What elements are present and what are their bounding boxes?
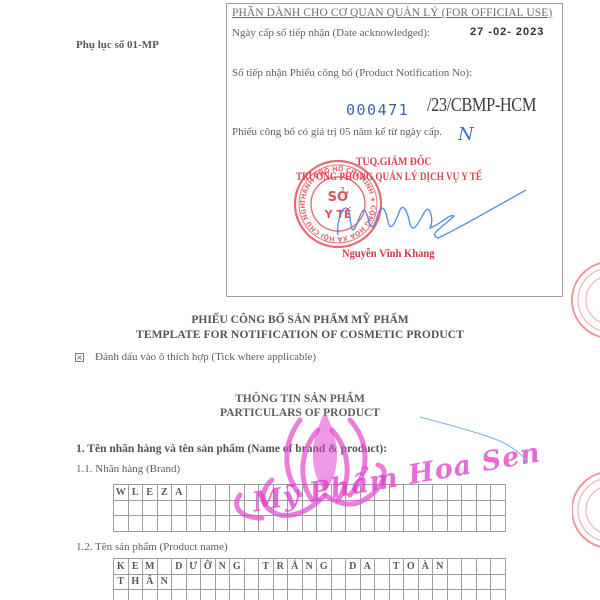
date-acknowledged-label: Ngày cấp số tiếp nhận (Date acknowledged…: [232, 27, 430, 39]
grid-cell: [230, 500, 245, 516]
grid-cell: N: [215, 559, 230, 575]
grid-cell: [447, 559, 462, 575]
grid-cell: [215, 590, 230, 600]
grid-cell: [201, 516, 216, 532]
grid-cell: [418, 500, 433, 516]
partial-seal-icon: [572, 465, 600, 555]
initials-signature: N: [458, 124, 474, 145]
grid-cell: M: [143, 559, 158, 575]
grid-cell: [230, 574, 245, 590]
grid-cell: [462, 574, 477, 590]
grid-cell: T: [389, 559, 404, 575]
grid-cell: [157, 590, 172, 600]
validity-text: Phiếu công bố có giá trị 05 năm kể từ ng…: [232, 126, 442, 138]
grid-cell: [447, 574, 462, 590]
grid-cell: T: [114, 574, 129, 590]
grid-cell: A: [360, 559, 375, 575]
grid-cell: [186, 500, 201, 516]
grid-cell: [288, 574, 303, 590]
grid-cell: N: [157, 574, 172, 590]
grid-cell: [302, 574, 317, 590]
grid-cell: [201, 590, 216, 600]
grid-cell: [157, 516, 172, 532]
grid-cell: [476, 485, 491, 501]
grid-cell: [418, 516, 433, 532]
grid-cell: D: [172, 559, 187, 575]
grid-cell: W: [114, 485, 129, 501]
grid-cell: [317, 516, 332, 532]
grid-cell: [491, 516, 506, 532]
grid-cell: [447, 485, 462, 501]
grid-cell: [172, 574, 187, 590]
grid-cell: [433, 590, 448, 600]
grid-cell: [215, 500, 230, 516]
grid-cell: [389, 574, 404, 590]
grid-cell: [143, 500, 158, 516]
grid-cell: [288, 516, 303, 532]
grid-cell: Z: [157, 485, 172, 501]
grid-cell: [244, 590, 259, 600]
grid-cell: [259, 574, 274, 590]
pen-stroke-icon: [420, 415, 530, 465]
grid-cell: [433, 574, 448, 590]
grid-cell: [462, 485, 477, 501]
question-1-heading: 1. Tên nhãn hàng và tên sản phẩm (Name o…: [76, 443, 387, 455]
grid-cell: [433, 500, 448, 516]
grid-cell: N: [302, 559, 317, 575]
grid-cell: [215, 516, 230, 532]
grid-cell: [462, 500, 477, 516]
signatory-name: Nguyễn Vĩnh Khang: [342, 246, 435, 261]
grid-cell: [462, 516, 477, 532]
grid-cell: [317, 574, 332, 590]
grid-cell: L: [128, 485, 143, 501]
grid-cell: [404, 500, 419, 516]
grid-cell: R: [273, 559, 288, 575]
grid-cell: [114, 516, 129, 532]
grid-cell: [404, 574, 419, 590]
grid-cell: [462, 590, 477, 600]
grid-cell: [433, 516, 448, 532]
grid-cell: [418, 574, 433, 590]
grid-cell: [375, 516, 390, 532]
grid-cell: [143, 590, 158, 600]
grid-cell: Ắ: [288, 559, 303, 575]
grid-cell: [215, 574, 230, 590]
grid-cell: [230, 516, 245, 532]
grid-cell: Â: [143, 574, 158, 590]
grid-cell: [491, 559, 506, 575]
grid-cell: [360, 500, 375, 516]
grid-cell: [476, 574, 491, 590]
grid-cell: [491, 574, 506, 590]
grid-cell: E: [143, 485, 158, 501]
grid-cell: T: [259, 559, 274, 575]
grid-cell: [201, 500, 216, 516]
grid-cell: [172, 590, 187, 600]
grid-cell: [360, 574, 375, 590]
grid-cell: [259, 516, 274, 532]
grid-cell: [346, 574, 361, 590]
grid-cell: [128, 516, 143, 532]
grid-cell: [375, 559, 390, 575]
grid-cell: [114, 590, 129, 600]
grid-cell: N: [433, 559, 448, 575]
grid-cell: [404, 590, 419, 600]
grid-cell: G: [317, 559, 332, 575]
grid-cell: [273, 516, 288, 532]
notification-no-number: 000471: [346, 101, 409, 119]
grid-row: THÂN: [114, 574, 506, 590]
grid-cell: [360, 516, 375, 532]
grid-cell: E: [128, 559, 143, 575]
grid-cell: [186, 590, 201, 600]
grid-cell: [491, 590, 506, 600]
grid-cell: [447, 590, 462, 600]
grid-cell: [128, 590, 143, 600]
form-title-en: TEMPLATE FOR NOTIFICATION OF COSMETIC PR…: [0, 329, 600, 341]
grid-cell: [215, 485, 230, 501]
grid-cell: [186, 574, 201, 590]
grid-cell: [447, 500, 462, 516]
grid-cell: [331, 516, 346, 532]
grid-cell: [375, 500, 390, 516]
handwritten-signature-icon: [330, 180, 530, 250]
grid-cell: [389, 500, 404, 516]
grid-cell: [201, 574, 216, 590]
grid-cell: [157, 500, 172, 516]
date-acknowledged-value: 27 -02- 2023: [470, 26, 544, 38]
grid-cell: À: [418, 559, 433, 575]
grid-cell: [360, 590, 375, 600]
grid-cell: [273, 590, 288, 600]
product-name-grid: KEMDƯỠNGTRẮNGDATOÀNTHÂN: [113, 558, 506, 600]
grid-cell: [128, 500, 143, 516]
official-use-title: PHẦN DÀNH CHO CƠ QUAN QUẢN LÝ (FOR OFFIC…: [232, 7, 552, 19]
grid-cell: [476, 516, 491, 532]
grid-cell: [172, 516, 187, 532]
grid-cell: [462, 559, 477, 575]
grid-cell: O: [404, 559, 419, 575]
grid-cell: [302, 516, 317, 532]
grid-cell: [201, 485, 216, 501]
grid-cell: [346, 516, 361, 532]
grid-cell: [186, 516, 201, 532]
grid-cell: [375, 590, 390, 600]
grid-cell: [476, 500, 491, 516]
grid-cell: [259, 590, 274, 600]
grid-cell: [404, 516, 419, 532]
grid-cell: Ỡ: [201, 559, 216, 575]
grid-cell: [157, 559, 172, 575]
grid-cell: [230, 485, 245, 501]
grid-cell: [230, 590, 245, 600]
grid-cell: [491, 485, 506, 501]
grid-cell: K: [114, 559, 129, 575]
grid-cell: [491, 500, 506, 516]
grid-cell: [143, 516, 158, 532]
section-title-vi: THÔNG TIN SẢN PHẨM: [0, 393, 600, 405]
grid-cell: A: [172, 485, 187, 501]
grid-cell: [418, 590, 433, 600]
tick-instruction: Đánh dấu vào ô thích hợp (Tick where app…: [95, 351, 316, 363]
notification-no-suffix: /23/CBMP-HCM: [427, 94, 536, 117]
grid-cell: [331, 559, 346, 575]
grid-cell: [375, 574, 390, 590]
grid-cell: [476, 590, 491, 600]
grid-cell: [331, 590, 346, 600]
notification-no-label: Số tiếp nhận Phiếu công bố (Product Noti…: [232, 67, 472, 79]
grid-cell: H: [128, 574, 143, 590]
grid-cell: [172, 500, 187, 516]
grid-row: KEMDƯỠNGTRẮNGDATOÀN: [114, 559, 506, 575]
grid-cell: [389, 516, 404, 532]
grid-cell: [302, 590, 317, 600]
grid-cell: [317, 590, 332, 600]
grid-cell: [114, 500, 129, 516]
grid-cell: G: [230, 559, 245, 575]
grid-row: [114, 590, 506, 600]
grid-cell: [273, 574, 288, 590]
grid-cell: Ư: [186, 559, 201, 575]
question-1-1-label: 1.1. Nhãn hàng (Brand): [76, 463, 180, 475]
grid-cell: [186, 485, 201, 501]
grid-cell: [288, 590, 303, 600]
grid-cell: [389, 590, 404, 600]
question-1-2-label: 1.2. Tên sản phẩm (Product name): [76, 541, 228, 553]
appendix-label: Phụ lục số 01-MP: [76, 39, 159, 51]
grid-cell: [447, 516, 462, 532]
grid-cell: [346, 500, 361, 516]
grid-cell: [244, 574, 259, 590]
signatory-title-1: TUQ.GIÁM ĐỐC: [356, 156, 431, 168]
grid-row: [114, 516, 506, 532]
grid-cell: D: [346, 559, 361, 575]
grid-cell: [244, 559, 259, 575]
tick-checkbox-icon: ×: [75, 353, 84, 362]
grid-cell: [331, 574, 346, 590]
form-title-vi: PHIẾU CÔNG BỐ SẢN PHẨM MỸ PHẨM: [0, 314, 600, 326]
grid-cell: [476, 559, 491, 575]
grid-cell: [346, 590, 361, 600]
